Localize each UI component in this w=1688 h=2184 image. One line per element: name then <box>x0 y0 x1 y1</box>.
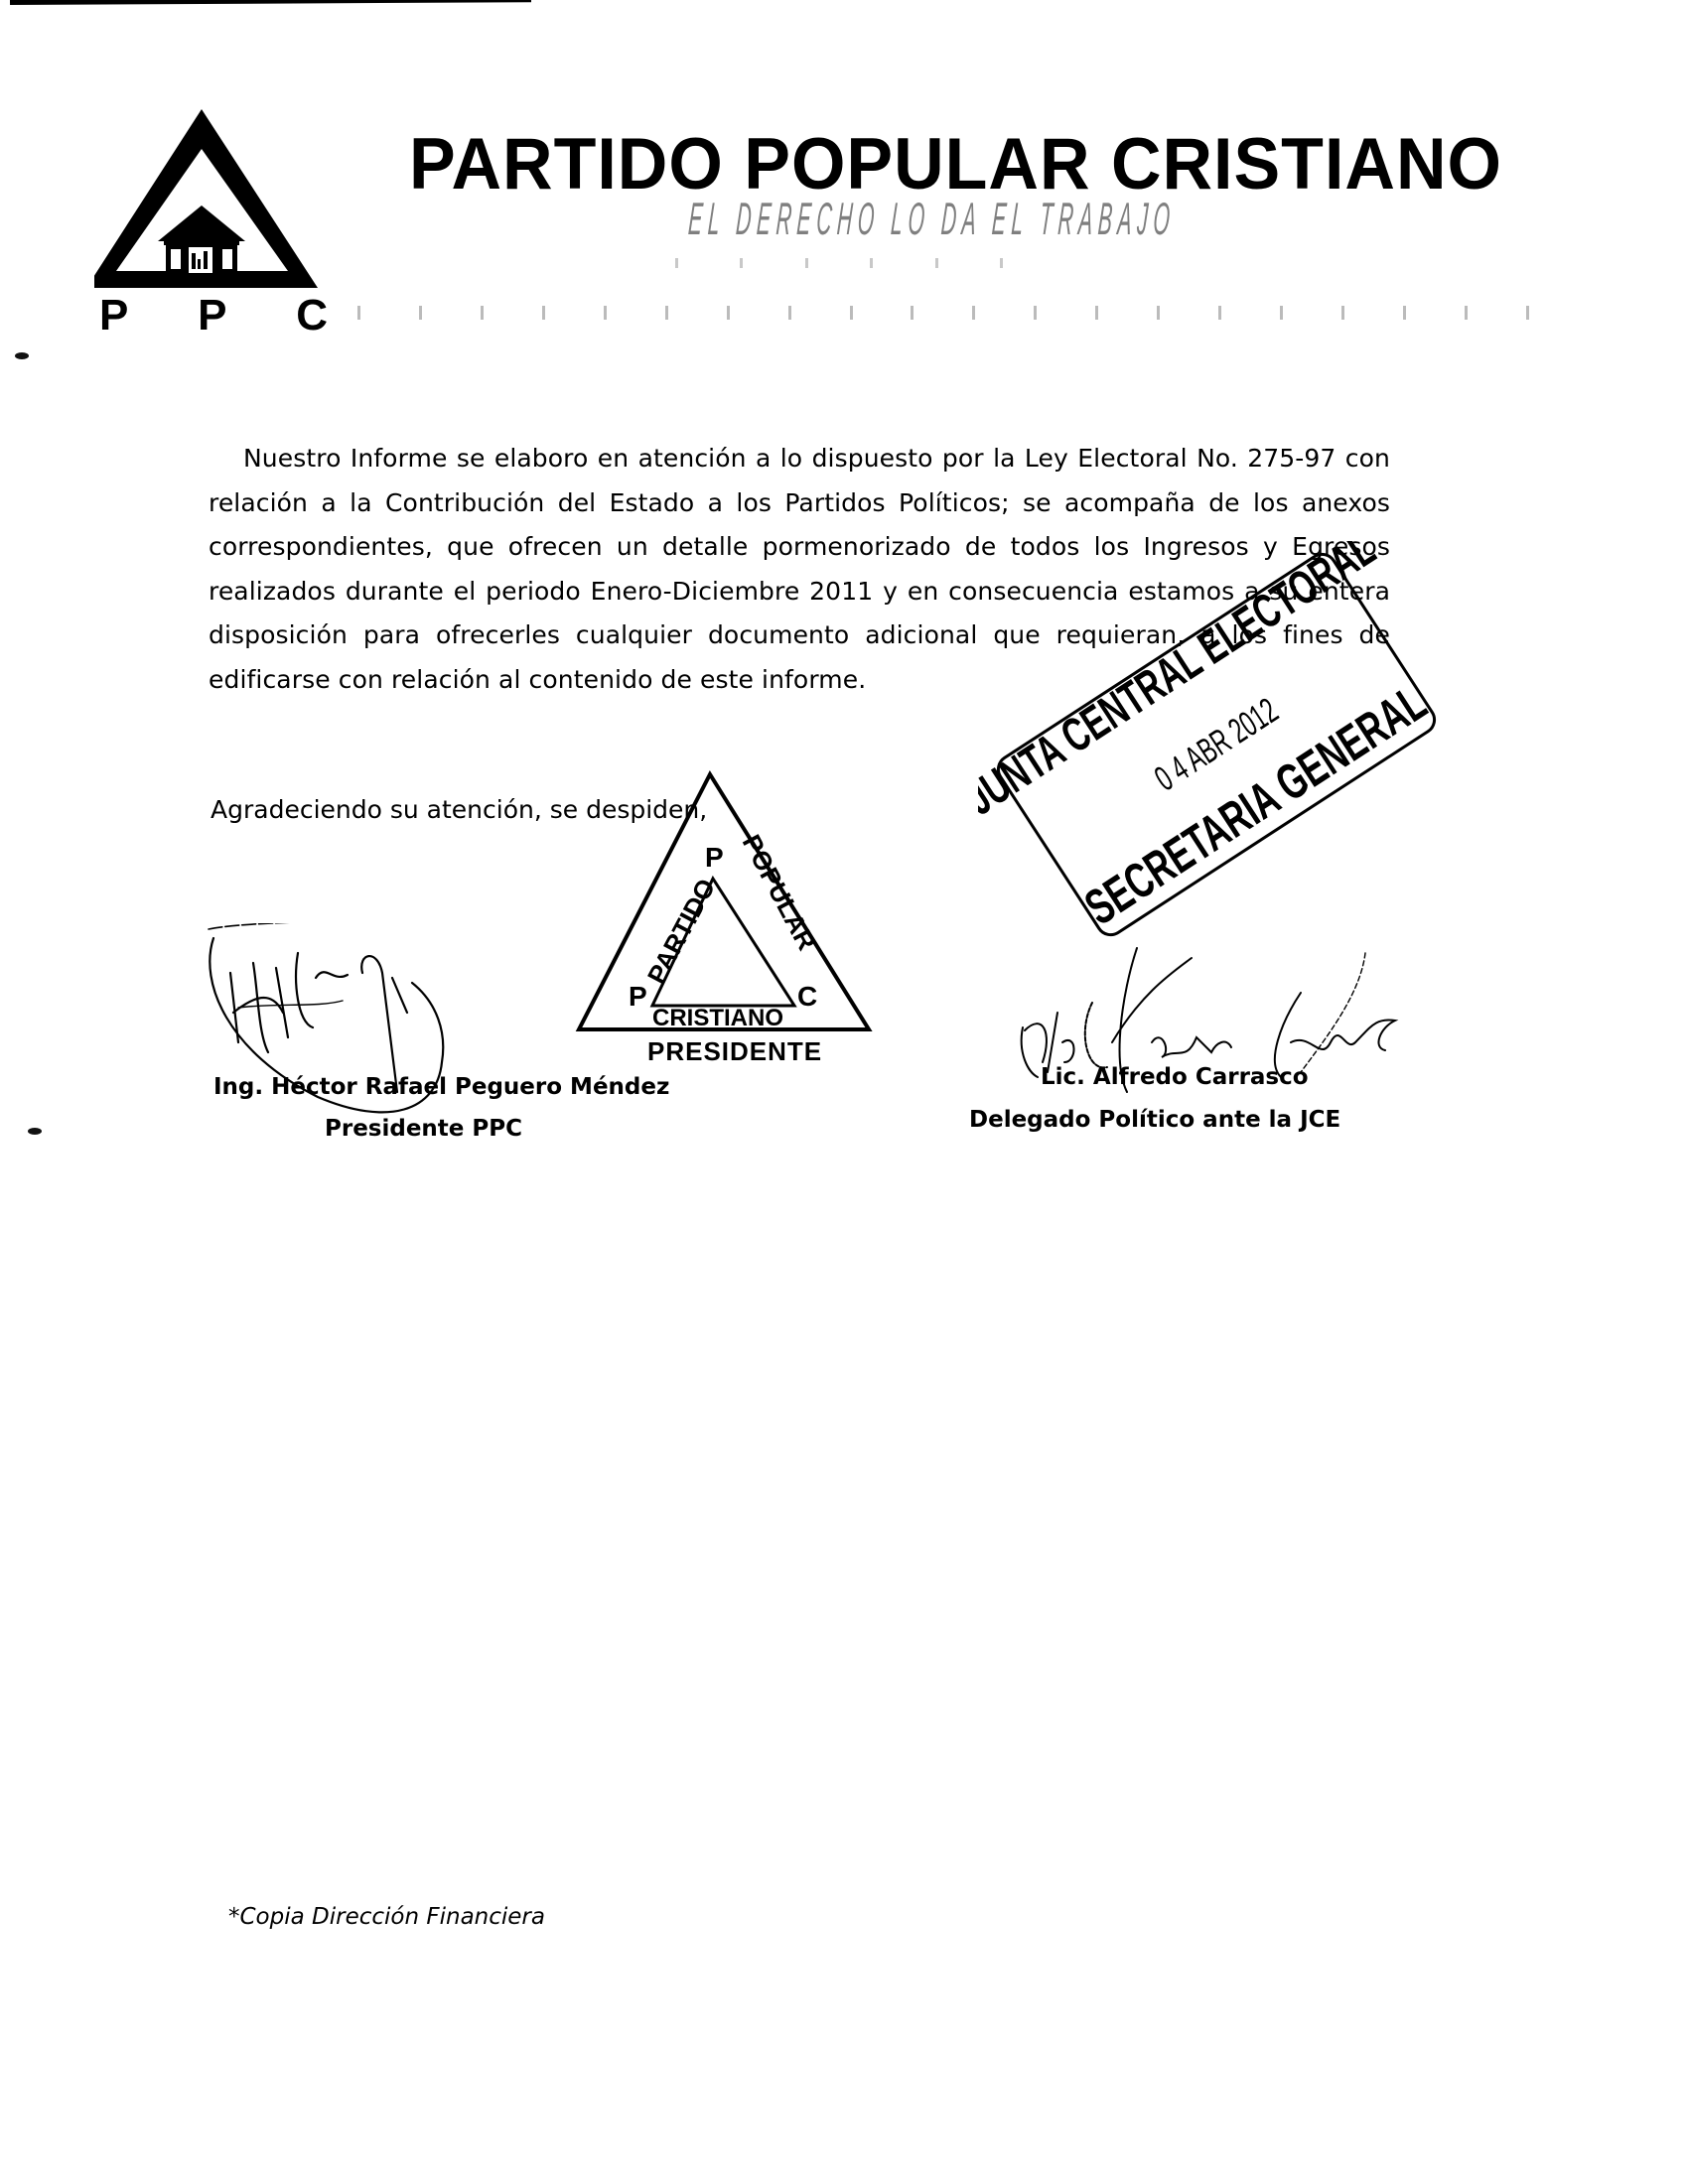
scan-edge-line <box>10 0 531 5</box>
svg-text:C: C <box>797 981 817 1012</box>
logo-initial: P <box>99 294 128 338</box>
svg-text:P: P <box>705 842 724 873</box>
received-stamp: JUNTA CENTRAL ELECTORAL 0 4 ABR 2012 SEC… <box>978 541 1455 948</box>
signer-title: Delegado Político ante la JCE <box>969 1109 1340 1132</box>
faded-address-line <box>675 258 1003 276</box>
faded-contact-line <box>357 303 1529 323</box>
signer-title: Presidente PPC <box>325 1118 522 1141</box>
signer-name: Ing. Héctor Rafael Peguero Méndez <box>213 1076 669 1099</box>
logo-initials: P P C <box>99 294 328 338</box>
svg-text:P: P <box>629 981 647 1012</box>
punch-mark <box>15 352 29 359</box>
seal-caption: PRESIDENTE <box>647 1038 822 1064</box>
svg-text:CRISTIANO: CRISTIANO <box>652 1005 783 1031</box>
party-slogan: EL DERECHO LO DA EL TRABAJO <box>687 197 1010 242</box>
svg-text:PARTIDO: PARTIDO <box>641 874 722 989</box>
copy-note: *Copia Dirección Financiera <box>228 1906 545 1929</box>
party-seal-triangle: PARTIDO POPULAR P P C CRISTIANO <box>571 769 879 1072</box>
party-name-heading: PARTIDO POPULAR CRISTIANO <box>409 127 1491 201</box>
signer-name: Lic. Alfredo Carrasco <box>1041 1066 1309 1089</box>
logo-initial: C <box>296 294 328 338</box>
logo-initial: P <box>198 294 226 338</box>
punch-mark <box>28 1128 42 1135</box>
